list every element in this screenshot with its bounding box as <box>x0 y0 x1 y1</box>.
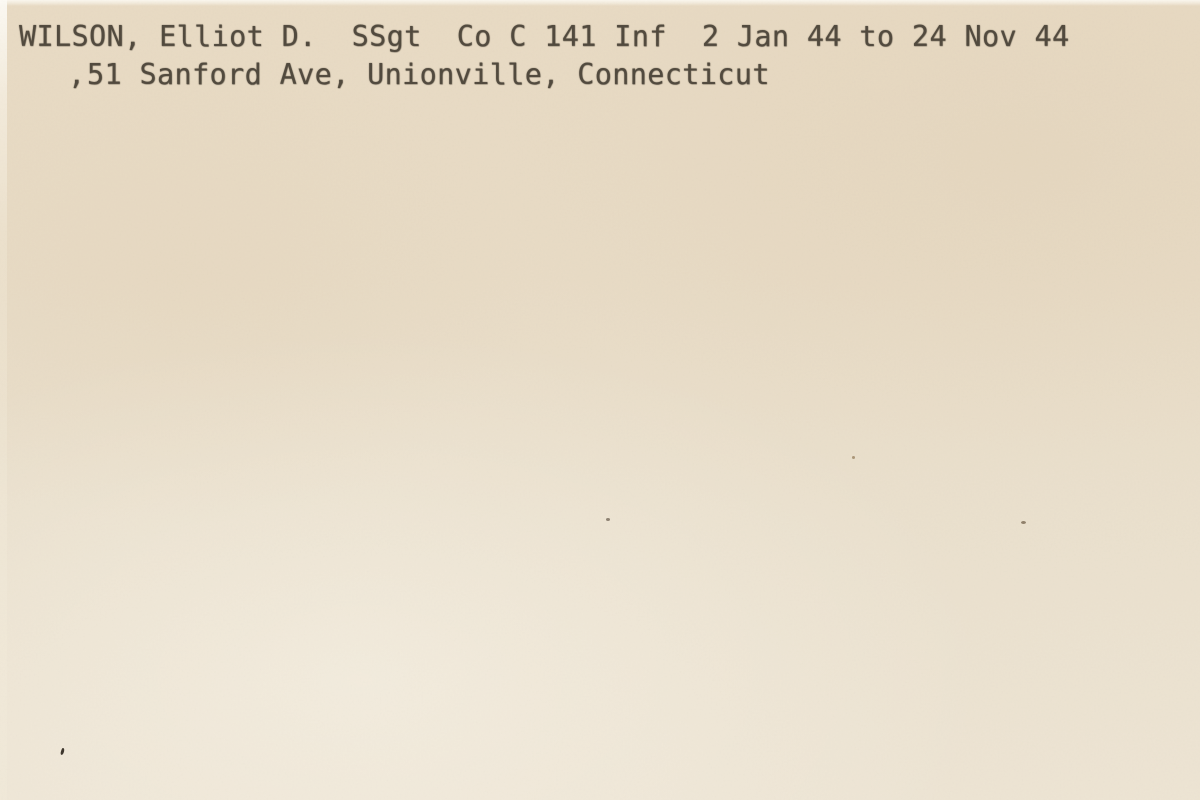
card-top-edge <box>0 0 1200 6</box>
paper-speck <box>1021 521 1026 524</box>
address-line: 51 Sanford Ave, Unionville, Connecticut <box>87 58 770 91</box>
index-card-scan: WILSON, Elliot D. SSgt Co C 141 Inf 2 Ja… <box>0 0 1200 800</box>
stray-typed-mark: , <box>68 58 86 91</box>
paper-grain-texture <box>0 0 1200 800</box>
paper-speck <box>852 456 855 459</box>
service-record-line: WILSON, Elliot D. SSgt Co C 141 Inf 2 Ja… <box>19 20 1070 53</box>
paper-speck <box>60 748 65 756</box>
card-left-edge <box>0 0 7 800</box>
paper-speck <box>606 518 610 521</box>
